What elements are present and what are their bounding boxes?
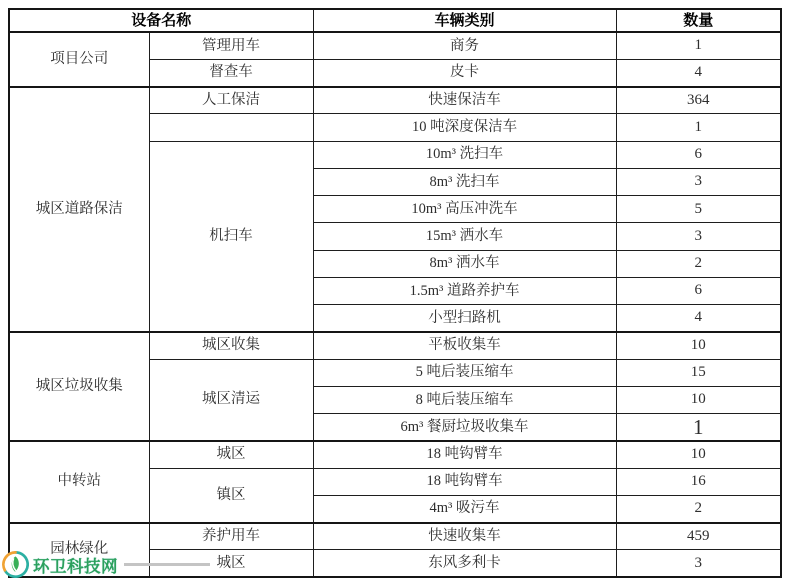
group-cell: 城区清运 (149, 359, 313, 441)
quantity-cell: 10 (616, 386, 781, 413)
vehicle-cell: 10m³ 高压冲洗车 (313, 196, 616, 223)
vehicle-cell: 5 吨后装压缩车 (313, 359, 616, 386)
vehicle-cell: 快速保洁车 (313, 87, 616, 114)
vehicle-cell: 皮卡 (313, 59, 616, 86)
page: 设备名称 车辆类别 数量 项目公司管理用车商务1督查车皮卡4城区道路保洁人工保洁… (0, 0, 787, 587)
vehicle-cell: 平板收集车 (313, 332, 616, 359)
quantity-cell: 5 (616, 196, 781, 223)
watermark-logo-icon (2, 551, 29, 578)
group-cell: 养护用车 (149, 523, 313, 550)
quantity-cell: 2 (616, 250, 781, 277)
header-cell-vehicle-category: 车辆类别 (313, 9, 616, 32)
vehicle-cell: 快速收集车 (313, 523, 616, 550)
header-cell-quantity: 数量 (616, 9, 781, 32)
quantity-cell: 10 (616, 332, 781, 359)
quantity-cell: 4 (616, 305, 781, 332)
vehicle-cell: 4m³ 吸污车 (313, 495, 616, 522)
section-cell: 城区垃圾收集 (9, 332, 149, 441)
quantity-cell: 15 (616, 359, 781, 386)
table-header-row: 设备名称 车辆类别 数量 (9, 9, 781, 32)
quantity-cell: 2 (616, 495, 781, 522)
vehicle-cell: 18 吨钩臂车 (313, 441, 616, 468)
vehicle-cell: 6m³ 餐厨垃圾收集车 (313, 414, 616, 441)
group-cell: 城区收集 (149, 332, 313, 359)
vehicle-cell: 15m³ 洒水车 (313, 223, 616, 250)
section-cell: 项目公司 (9, 32, 149, 87)
watermark: 环卫科技网 (2, 549, 210, 580)
vehicle-cell: 小型扫路机 (313, 305, 616, 332)
table-row: 城区垃圾收集城区收集平板收集车10 (9, 332, 781, 359)
quantity-cell: 1 (616, 414, 781, 441)
vehicle-cell: 10 吨深度保洁车 (313, 114, 616, 141)
vehicle-cell: 东风多利卡 (313, 550, 616, 577)
group-cell: 管理用车 (149, 32, 313, 59)
group-cell: 人工保洁 (149, 87, 313, 114)
vehicle-cell: 8 吨后装压缩车 (313, 386, 616, 413)
quantity-cell: 459 (616, 523, 781, 550)
table-row: 园林绿化养护用车快速收集车459 (9, 523, 781, 550)
equipment-table: 设备名称 车辆类别 数量 项目公司管理用车商务1督查车皮卡4城区道路保洁人工保洁… (8, 8, 782, 578)
table-row: 项目公司管理用车商务1 (9, 32, 781, 59)
quantity-cell: 364 (616, 87, 781, 114)
group-cell: 城区 (149, 441, 313, 468)
vehicle-cell: 1.5m³ 道路养护车 (313, 277, 616, 304)
quantity-cell: 6 (616, 141, 781, 168)
vehicle-cell: 8m³ 洗扫车 (313, 168, 616, 195)
watermark-line (124, 563, 210, 566)
quantity-cell: 1 (616, 114, 781, 141)
vehicle-cell: 8m³ 洒水车 (313, 250, 616, 277)
group-cell: 督查车 (149, 59, 313, 86)
watermark-text: 环卫科技网 (33, 553, 118, 577)
quantity-cell: 3 (616, 550, 781, 577)
quantity-cell: 10 (616, 441, 781, 468)
vehicle-cell: 商务 (313, 32, 616, 59)
table-body: 项目公司管理用车商务1督查车皮卡4城区道路保洁人工保洁快速保洁车36410 吨深… (9, 32, 781, 577)
quantity-cell: 4 (616, 59, 781, 86)
group-cell: 机扫车 (149, 141, 313, 332)
group-cell (149, 114, 313, 141)
section-cell: 中转站 (9, 441, 149, 523)
vehicle-cell: 10m³ 洗扫车 (313, 141, 616, 168)
table-row: 城区道路保洁人工保洁快速保洁车364 (9, 87, 781, 114)
quantity-cell: 3 (616, 223, 781, 250)
section-cell: 城区道路保洁 (9, 87, 149, 332)
group-cell: 镇区 (149, 468, 313, 523)
table-row: 中转站城区18 吨钩臂车10 (9, 441, 781, 468)
header-cell-equipment-name: 设备名称 (9, 9, 313, 32)
quantity-cell: 16 (616, 468, 781, 495)
quantity-cell: 6 (616, 277, 781, 304)
quantity-cell: 3 (616, 168, 781, 195)
vehicle-cell: 18 吨钩臂车 (313, 468, 616, 495)
quantity-cell: 1 (616, 32, 781, 59)
